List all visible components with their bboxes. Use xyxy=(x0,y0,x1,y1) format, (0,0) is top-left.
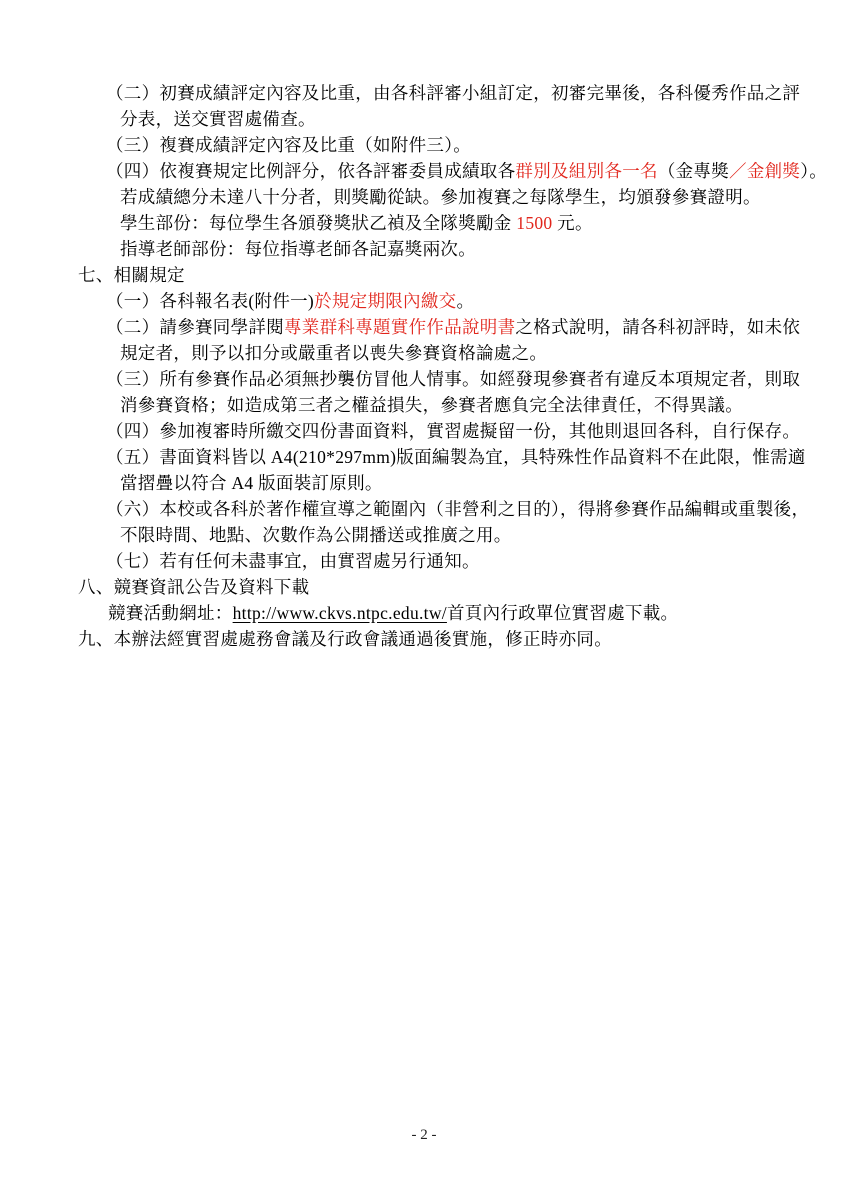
text-segment: （三）複賽成績評定內容及比重（如附件三）。 xyxy=(106,135,471,155)
text-line: （七）若有任何未盡事宜，由實習處另行通知。 xyxy=(106,548,480,574)
text-line: （四）依複賽規定比例評分，依各評審委員成績取各群別及組別各一名（金專獎／金創獎）… xyxy=(106,158,827,184)
text-segment: 元。 xyxy=(552,213,592,233)
highlighted-text-segment: 群別及組別各一名 xyxy=(515,161,657,181)
text-line: 競賽活動網址：http://www.ckvs.ntpc.edu.tw/首頁內行政… xyxy=(108,600,678,626)
text-segment: （七）若有任何未盡事宜，由實習處另行通知。 xyxy=(106,551,480,571)
text-segment: （四）參加複審時所繳交四份書面資料，實習處擬留一份，其他則退回各科，自行保存。 xyxy=(106,421,800,441)
text-segment: 消參賽資格；如造成第三者之權益損失，參賽者應負完全法律責任，不得異議。 xyxy=(120,395,743,415)
text-segment: 七、相關規定 xyxy=(78,265,185,285)
text-segment: 學生部份：每位學生各頒發獎狀乙禎及全隊獎勵金 xyxy=(120,213,516,233)
highlighted-text-segment: 於規定期限內繳交 xyxy=(314,291,456,311)
text-segment: （二）初賽成績評定內容及比重，由各科評審小組訂定，初審完畢後，各科優秀作品之評 xyxy=(106,83,800,103)
text-segment: 競賽活動網址： xyxy=(108,603,233,623)
text-segment: ）。 xyxy=(800,161,827,181)
text-segment: 不限時間、地點、次數作為公開播送或推廣之用。 xyxy=(120,525,512,545)
text-line: 七、相關規定 xyxy=(78,262,185,288)
text-line: （四）參加複審時所繳交四份書面資料，實習處擬留一份，其他則退回各科，自行保存。 xyxy=(106,418,800,444)
url-link[interactable]: http://www.ckvs.ntpc.edu.tw/ xyxy=(233,603,447,623)
text-line: 分表，送交實習處備查。 xyxy=(120,106,316,132)
text-segment: （六）本校或各科於著作權宣導之範圍內（非營利之目的），得將參賽作品編輯或重製後， xyxy=(106,499,809,519)
text-segment: 八、競賽資訊公告及資料下載 xyxy=(78,577,309,597)
text-line: （二）請參賽同學詳閱專業群科專題實作作品說明書之格式說明，請各科初評時，如未依 xyxy=(106,314,800,340)
text-line: 指導老師部份：每位指導老師各記嘉獎兩次。 xyxy=(120,236,476,262)
text-line: 八、競賽資訊公告及資料下載 xyxy=(78,574,309,600)
document-page: （二）初賽成績評定內容及比重，由各科評審小組訂定，初審完畢後，各科優秀作品之評分… xyxy=(0,0,848,1200)
text-line: 不限時間、地點、次數作為公開播送或推廣之用。 xyxy=(120,522,512,548)
text-line: （一）各科報名表(附件一)於規定期限內繳交。 xyxy=(106,288,474,314)
text-line: （五）書面資料皆以 A4(210*297mm)版面編製為宜，具特殊性作品資料不在… xyxy=(106,444,806,470)
text-line: 規定者，則予以扣分或嚴重者以喪失參賽資格論處之。 xyxy=(120,340,547,366)
text-line: （三）複賽成績評定內容及比重（如附件三）。 xyxy=(106,132,471,158)
text-segment: （四）依複賽規定比例評分，依各評審委員成績取各 xyxy=(106,161,515,181)
text-segment: （五）書面資料皆以 A4(210*297mm)版面編製為宜，具特殊性作品資料不在… xyxy=(106,447,806,467)
text-line: 學生部份：每位學生各頒發獎狀乙禎及全隊獎勵金 1500 元。 xyxy=(120,210,593,236)
text-line: （三）所有參賽作品必須無抄襲仿冒他人情事。如經發現參賽者有違反本項規定者，則取 xyxy=(106,366,800,392)
text-segment: 當摺疊以符合 A4 版面裝訂原則。 xyxy=(120,473,383,493)
text-segment: 若成績總分未達八十分者，則獎勵從缺。參加複賽之每隊學生，均頒發參賽證明。 xyxy=(120,187,761,207)
text-line: 當摺疊以符合 A4 版面裝訂原則。 xyxy=(120,470,383,496)
text-line: 九、本辦法經實習處處務會議及行政會議通過後實施，修正時亦同。 xyxy=(78,626,612,652)
highlighted-text-segment: 專業群科專題實作作品說明書 xyxy=(284,317,515,337)
text-segment: 九、本辦法經實習處處務會議及行政會議通過後實施，修正時亦同。 xyxy=(78,629,612,649)
highlighted-text-segment: ／金創獎 xyxy=(729,161,800,181)
text-line: 若成績總分未達八十分者，則獎勵從缺。參加複賽之每隊學生，均頒發參賽證明。 xyxy=(120,184,761,210)
text-segment: （二）請參賽同學詳閱 xyxy=(106,317,284,337)
text-segment: （三）所有參賽作品必須無抄襲仿冒他人情事。如經發現參賽者有違反本項規定者，則取 xyxy=(106,369,800,389)
text-segment: （金專獎 xyxy=(658,161,729,181)
text-segment: 規定者，則予以扣分或嚴重者以喪失參賽資格論處之。 xyxy=(120,343,547,363)
text-segment: 首頁內行政單位實習處下載。 xyxy=(447,603,678,623)
text-line: 消參賽資格；如造成第三者之權益損失，參賽者應負完全法律責任，不得異議。 xyxy=(120,392,743,418)
text-segment: （一）各科報名表(附件一) xyxy=(106,291,314,311)
text-line: （二）初賽成績評定內容及比重，由各科評審小組訂定，初審完畢後，各科優秀作品之評 xyxy=(106,80,800,106)
text-segment: 分表，送交實習處備查。 xyxy=(120,109,316,129)
text-segment: 指導老師部份：每位指導老師各記嘉獎兩次。 xyxy=(120,239,476,259)
text-segment: 。 xyxy=(456,291,474,311)
text-segment: 之格式說明，請各科初評時，如未依 xyxy=(515,317,800,337)
text-line: （六）本校或各科於著作權宣導之範圍內（非營利之目的），得將參賽作品編輯或重製後， xyxy=(106,496,809,522)
highlighted-text-segment: 1500 xyxy=(516,213,552,233)
page-number: - 2 - xyxy=(0,1125,848,1145)
